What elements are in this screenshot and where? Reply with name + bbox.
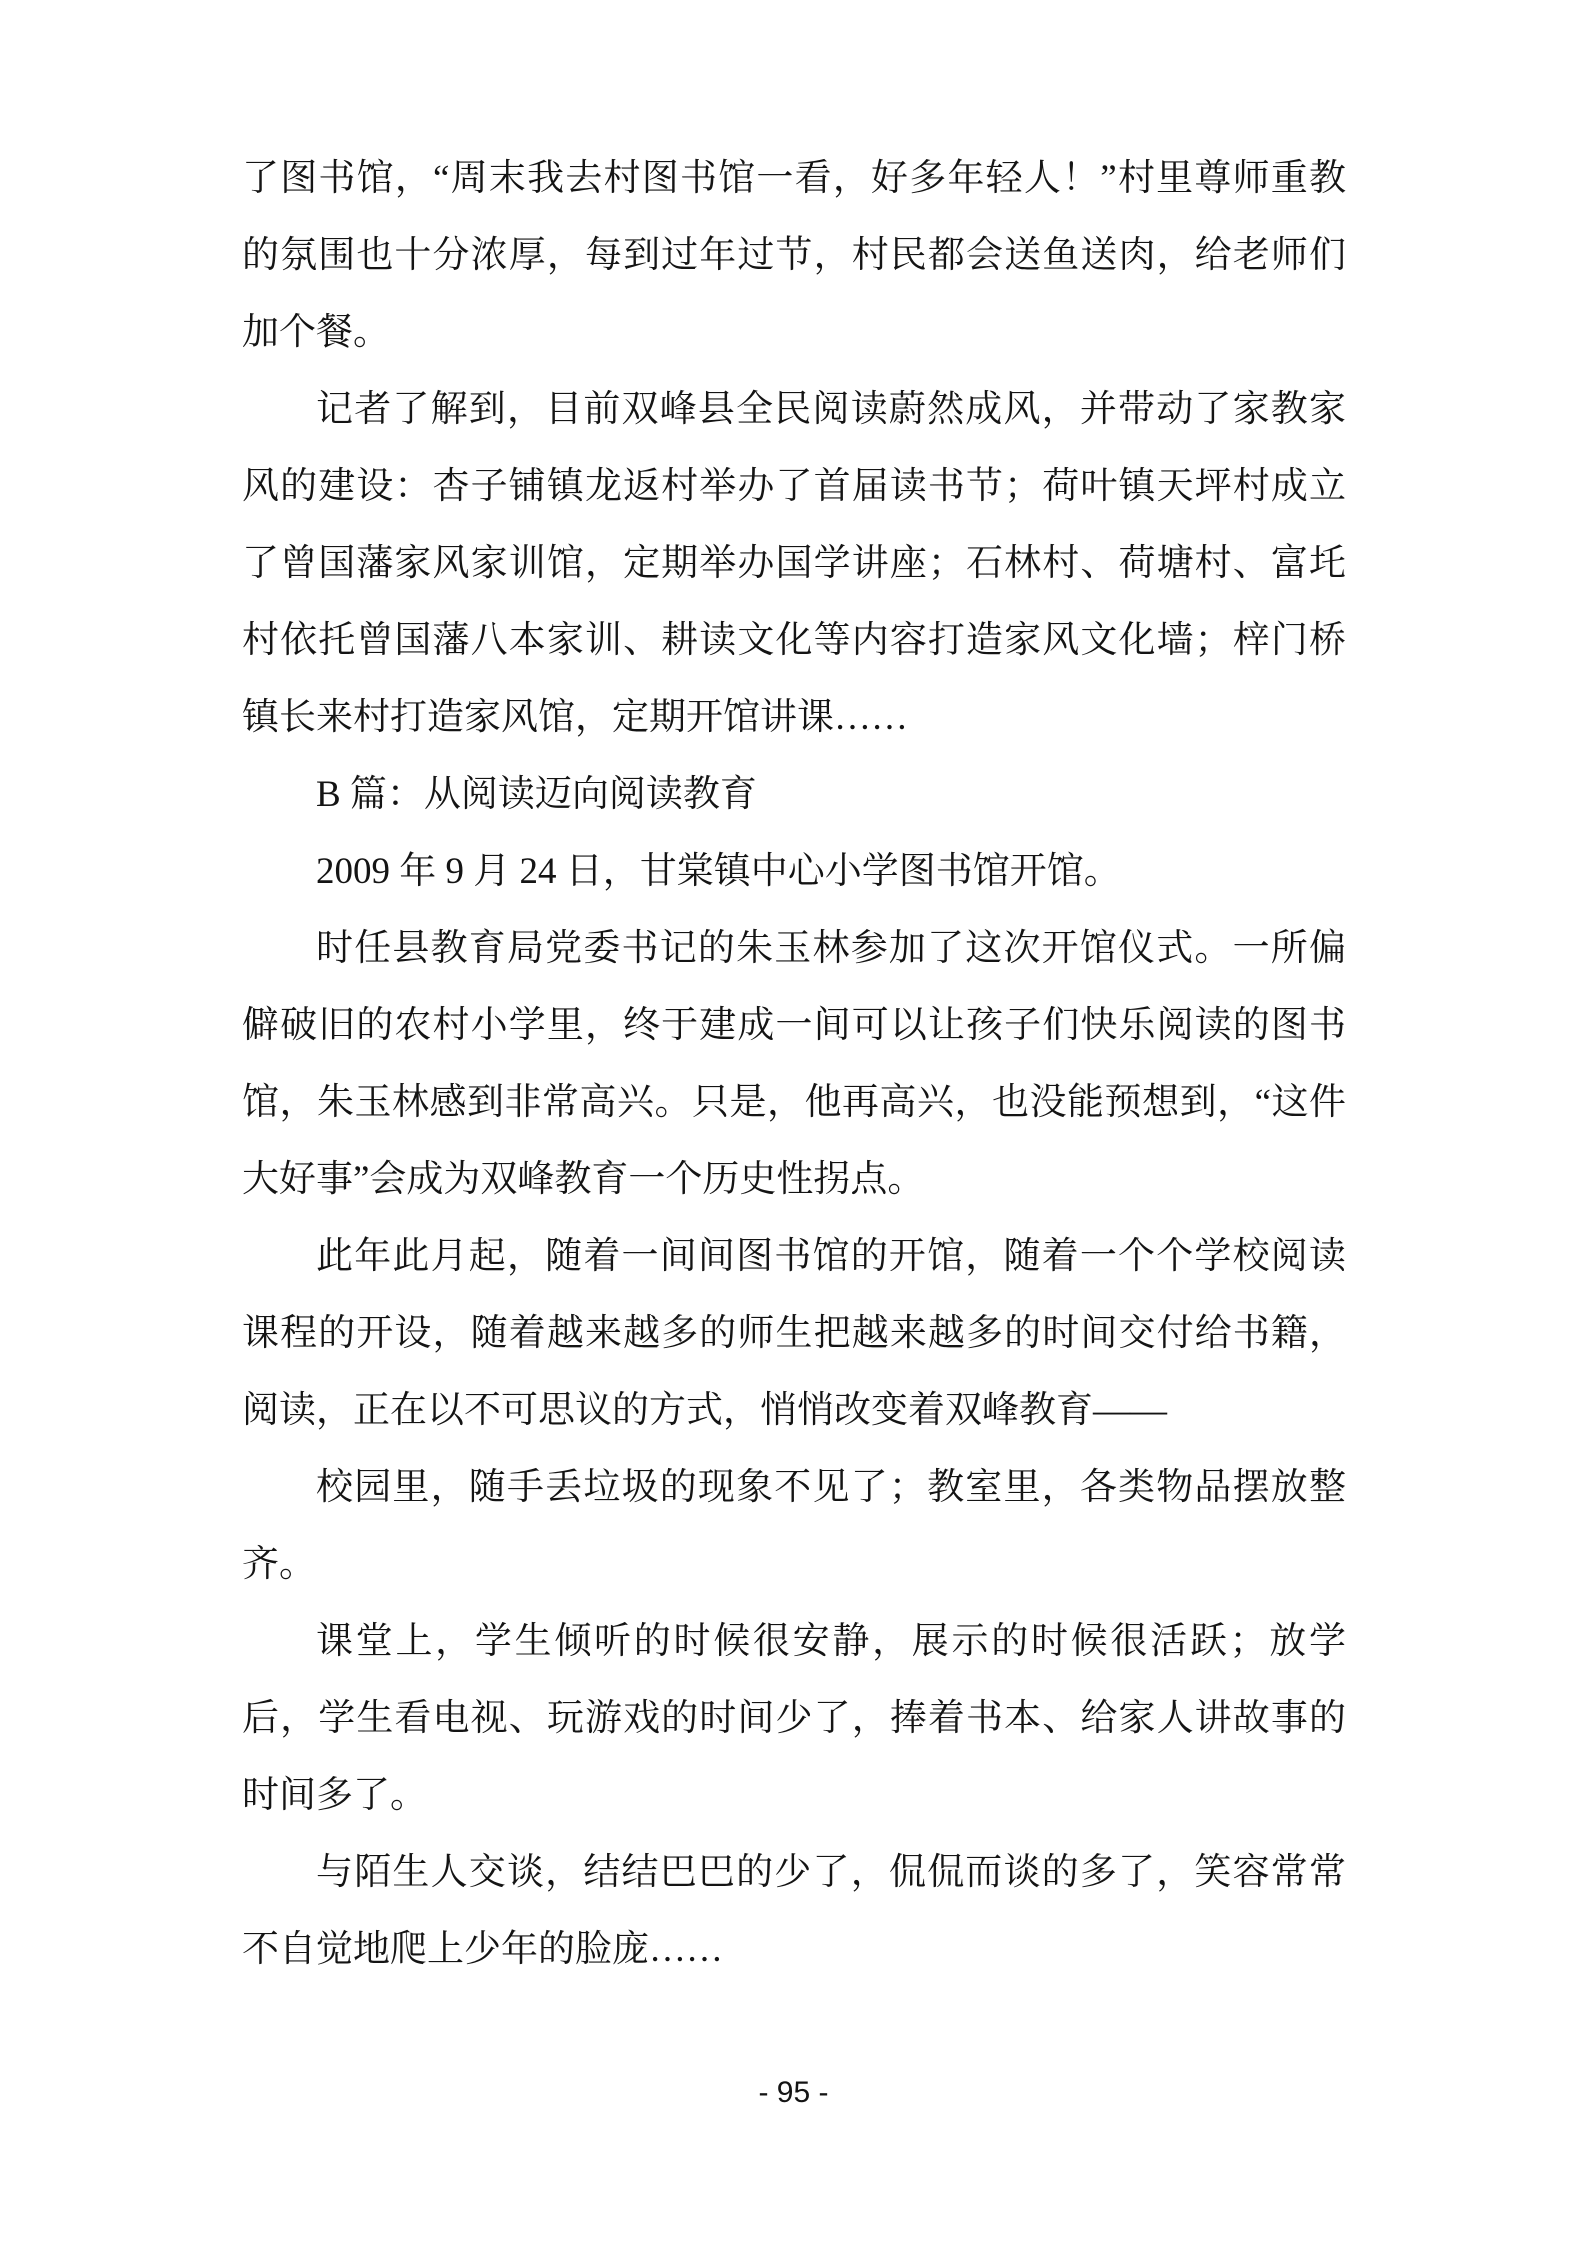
paragraph: 此年此月起，随着一间间图书馆的开馆，随着一个个学校阅读课程的开设，随着越来越多的…	[242, 1218, 1346, 1449]
paragraph: 校园里，随手丢垃圾的现象不见了；教室里，各类物品摆放整齐。	[242, 1449, 1346, 1603]
page-number: - 95 -	[0, 2076, 1587, 2110]
paragraph: 与陌生人交谈，结结巴巴的少了，侃侃而谈的多了，笑容常常不自觉地爬上少年的脸庞……	[242, 1834, 1346, 1988]
paragraph: 2009 年 9 月 24 日，甘棠镇中心小学图书馆开馆。	[242, 833, 1346, 910]
document-page: 了图书馆，“周末我去村图书馆一看，好多年轻人！”村里尊师重教的氛围也十分浓厚，每…	[0, 0, 1587, 2245]
paragraph: 时任县教育局党委书记的朱玉林参加了这次开馆仪式。一所偏僻破旧的农村小学里，终于建…	[242, 910, 1346, 1218]
paragraph: 记者了解到，目前双峰县全民阅读蔚然成风，并带动了家教家风的建设：杏子铺镇龙返村举…	[242, 371, 1346, 756]
paragraph-continuation: 了图书馆，“周末我去村图书馆一看，好多年轻人！”村里尊师重教的氛围也十分浓厚，每…	[242, 140, 1346, 371]
section-heading-b: B 篇：从阅读迈向阅读教育	[242, 756, 1346, 833]
page-body-text: 了图书馆，“周末我去村图书馆一看，好多年轻人！”村里尊师重教的氛围也十分浓厚，每…	[242, 140, 1346, 1988]
paragraph: 课堂上，学生倾听的时候很安静，展示的时候很活跃；放学后，学生看电视、玩游戏的时间…	[242, 1603, 1346, 1834]
